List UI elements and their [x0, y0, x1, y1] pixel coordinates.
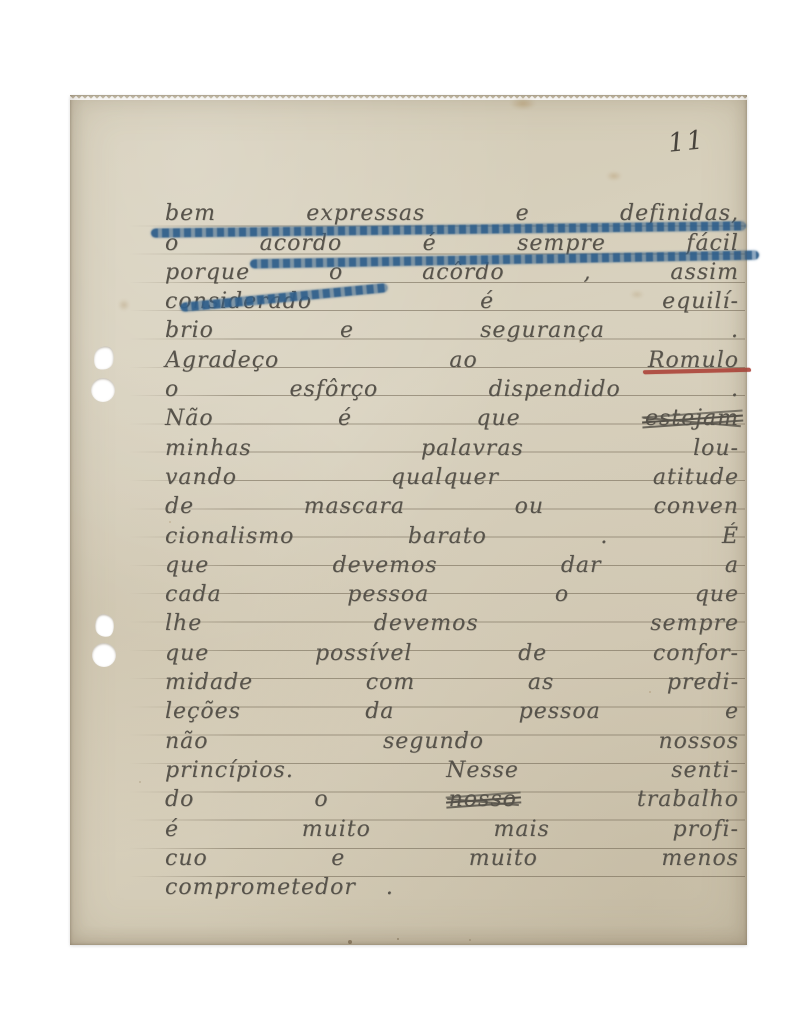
handwritten-word: o [555, 583, 569, 607]
handwritten-word: princípios. [165, 759, 294, 783]
manuscript-paper-sheet: 11 bemexpressasedefinidas,oacordoésempre… [70, 95, 747, 945]
handwritten-word: e [331, 847, 345, 871]
manuscript-line: oesfôrçodispendido. [163, 374, 741, 403]
manuscript-line: cuoemuitomenos [163, 843, 741, 872]
handwritten-word: minhas [165, 437, 252, 461]
handwritten-word: . [731, 378, 739, 402]
handwritten-word: muito [302, 818, 371, 842]
manuscript-line: nãosegundonossos [163, 725, 741, 754]
handwritten-word: mais [494, 818, 550, 842]
handwritten-word: o [165, 378, 179, 402]
manuscript-line: AgradeçoaoRomulo [163, 344, 741, 373]
handwritten-word: é [338, 407, 352, 431]
handwritten-word: É [722, 525, 739, 549]
handwritten-word: . [731, 319, 739, 343]
handwritten-word: lou- [693, 437, 739, 461]
handwritten-word: do [165, 788, 194, 812]
handwritten-word: palavras [421, 437, 524, 461]
page-number: 11 [667, 125, 707, 159]
manuscript-line: doonossotrabalho [163, 784, 741, 813]
handwritten-word: é [423, 232, 437, 256]
handwritten-word: barato [408, 525, 487, 549]
punch-hole [91, 378, 115, 402]
handwritten-word: Agradeço [165, 349, 279, 373]
handwritten-word: e [725, 700, 739, 724]
age-stain [118, 299, 130, 311]
foxing-specks [348, 940, 352, 944]
handwritten-word: trabalho [637, 788, 739, 812]
handwritten-word: profi- [673, 818, 739, 842]
handwritten-word: devemos [374, 612, 479, 636]
manuscript-line: brioesegurança. [163, 315, 741, 344]
age-stain [606, 171, 622, 181]
manuscript-line: Nãoéqueestejam [163, 403, 741, 432]
handwritten-word: muito [469, 847, 538, 871]
manuscript-line: midadecomaspredi- [163, 667, 741, 696]
manuscript-line: princípios.Nessesenti- [163, 755, 741, 784]
manuscript-line: bemexpressasedefinidas, [163, 198, 741, 227]
manuscript-line: émuitomaisprofi- [163, 813, 741, 842]
manuscript-line: cionalismobarato.É [163, 520, 741, 549]
manuscript-line: comprometedor. [163, 872, 741, 901]
handwritten-word: devemos [333, 554, 438, 578]
handwritten-word: assim [670, 261, 739, 285]
handwritten-word: , [584, 261, 592, 285]
handwritten-word: lhe [165, 612, 202, 636]
handwritten-word: ao [449, 349, 477, 373]
handwritten-word: equilí- [662, 290, 739, 314]
handwritten-word: o [314, 788, 328, 812]
torn-punch-hole [93, 613, 116, 639]
handwritten-word: vando [165, 466, 237, 490]
handwritten-word: senti- [671, 759, 739, 783]
handwritten-word: não [165, 730, 209, 754]
handwritten-word: e [340, 319, 354, 343]
handwritten-word: que [165, 554, 209, 578]
punch-hole [92, 643, 116, 667]
handwritten-word: da [365, 700, 394, 724]
handwritten-word-pencil-scribble: estejam [645, 407, 739, 431]
manuscript-line: cadapessoaoque [163, 579, 741, 608]
handwritten-word: menos [661, 847, 739, 871]
handwritten-word: expressas [306, 202, 425, 226]
handwritten-word: qualquer [391, 466, 499, 490]
handwritten-word: ou [515, 495, 544, 519]
handwritten-word: midade [165, 671, 253, 695]
handwritten-word: conven [654, 495, 739, 519]
manuscript-line: quedevemosdara [163, 550, 741, 579]
handwritten-word-red-underline: Romulo [648, 349, 739, 373]
handwritten-word: cuo [165, 847, 208, 871]
handwritten-word: Não [165, 407, 214, 431]
handwritten-word: comprometedor [165, 876, 356, 900]
handwritten-word: dar [561, 554, 602, 578]
handwritten-word: as [528, 671, 554, 695]
handwritten-word: pessoa [519, 700, 601, 724]
manuscript-line: leçõesdapessoae [163, 696, 741, 725]
handwritten-word: confor- [653, 642, 739, 666]
handwritten-word: pessoa [347, 583, 429, 607]
manuscript-line: minhaspalavraslou- [163, 432, 741, 461]
handwritten-word: mascara [304, 495, 405, 519]
ruled-text-area: bemexpressasedefinidas,oacordoésemprefác… [163, 198, 741, 901]
handwritten-word: leções [165, 700, 241, 724]
handwritten-word: é [165, 818, 179, 842]
age-stain [510, 97, 536, 110]
handwritten-word: . [386, 876, 394, 900]
handwritten-word: segundo [383, 730, 484, 754]
handwritten-word: . [600, 525, 608, 549]
handwritten-word-pencil-scribble: nosso [449, 788, 517, 812]
handwritten-word: porque [165, 261, 250, 285]
photograph-background: { "document": { "type": "handwritten-man… [0, 0, 810, 1024]
torn-punch-hole [91, 344, 116, 372]
handwritten-word: sempre [650, 612, 739, 636]
handwritten-word: que [695, 583, 739, 607]
handwritten-word: com [366, 671, 415, 695]
handwritten-word: segurança [480, 319, 605, 343]
handwritten-word: que [476, 407, 520, 431]
handwritten-word: possível [315, 642, 412, 666]
handwritten-word: de [518, 642, 547, 666]
manuscript-line: quepossíveldeconfor- [163, 637, 741, 666]
handwritten-word: cada [165, 583, 222, 607]
handwritten-word: esfôrço [290, 378, 379, 402]
handwritten-word: que [165, 642, 209, 666]
handwritten-word: predi- [667, 671, 739, 695]
handwritten-word: dispendido [489, 378, 621, 402]
handwritten-word: cionalismo [165, 525, 294, 549]
handwritten-word: a [725, 554, 739, 578]
handwritten-word: atitude [653, 466, 739, 490]
handwritten-word: e [516, 202, 530, 226]
handwritten-word: de [165, 495, 194, 519]
handwritten-word: bem [165, 202, 216, 226]
handwritten-word: nossos [658, 730, 739, 754]
handwritten-word: Nesse [446, 759, 519, 783]
handwritten-word: sempre [517, 232, 606, 256]
handwritten-word: brio [165, 319, 214, 343]
manuscript-line: demascaraouconven [163, 491, 741, 520]
manuscript-line: lhedevemossempre [163, 608, 741, 637]
manuscript-line: vandoqualqueratitude [163, 462, 741, 491]
handwritten-word: é [480, 290, 494, 314]
